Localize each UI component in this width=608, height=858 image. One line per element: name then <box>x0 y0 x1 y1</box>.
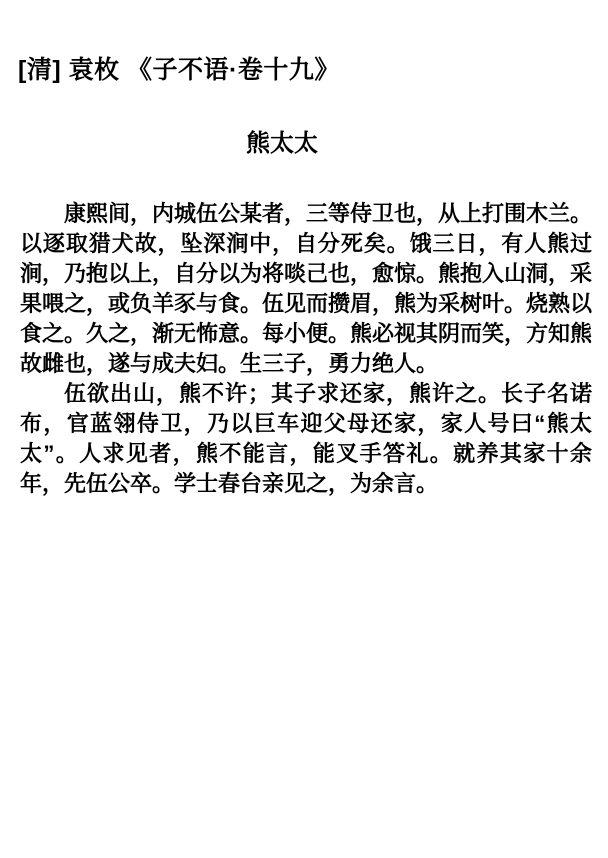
attribution-line: [清] 袁枚 《子不语·卷十九》 <box>18 50 340 86</box>
story-title: 熊太太 <box>0 123 586 158</box>
paragraph-2: 伍欲出山，熊不许；其子求还家，熊许之。长子名诺布，官蓝翎侍卫，乃以巨车迎父母还家… <box>20 379 592 499</box>
document-page: [清] 袁枚 《子不语·卷十九》 熊太太 康熙间，内城伍公某者，三等侍卫也，从上… <box>0 0 608 858</box>
paragraph-1: 康熙间，内城伍公某者，三等侍卫也，从上打围木兰。以逐取猎犬故，坠深涧中，自分死矣… <box>20 199 592 379</box>
story-body: 康熙间，内城伍公某者，三等侍卫也，从上打围木兰。以逐取猎犬故，坠深涧中，自分死矣… <box>20 199 592 499</box>
